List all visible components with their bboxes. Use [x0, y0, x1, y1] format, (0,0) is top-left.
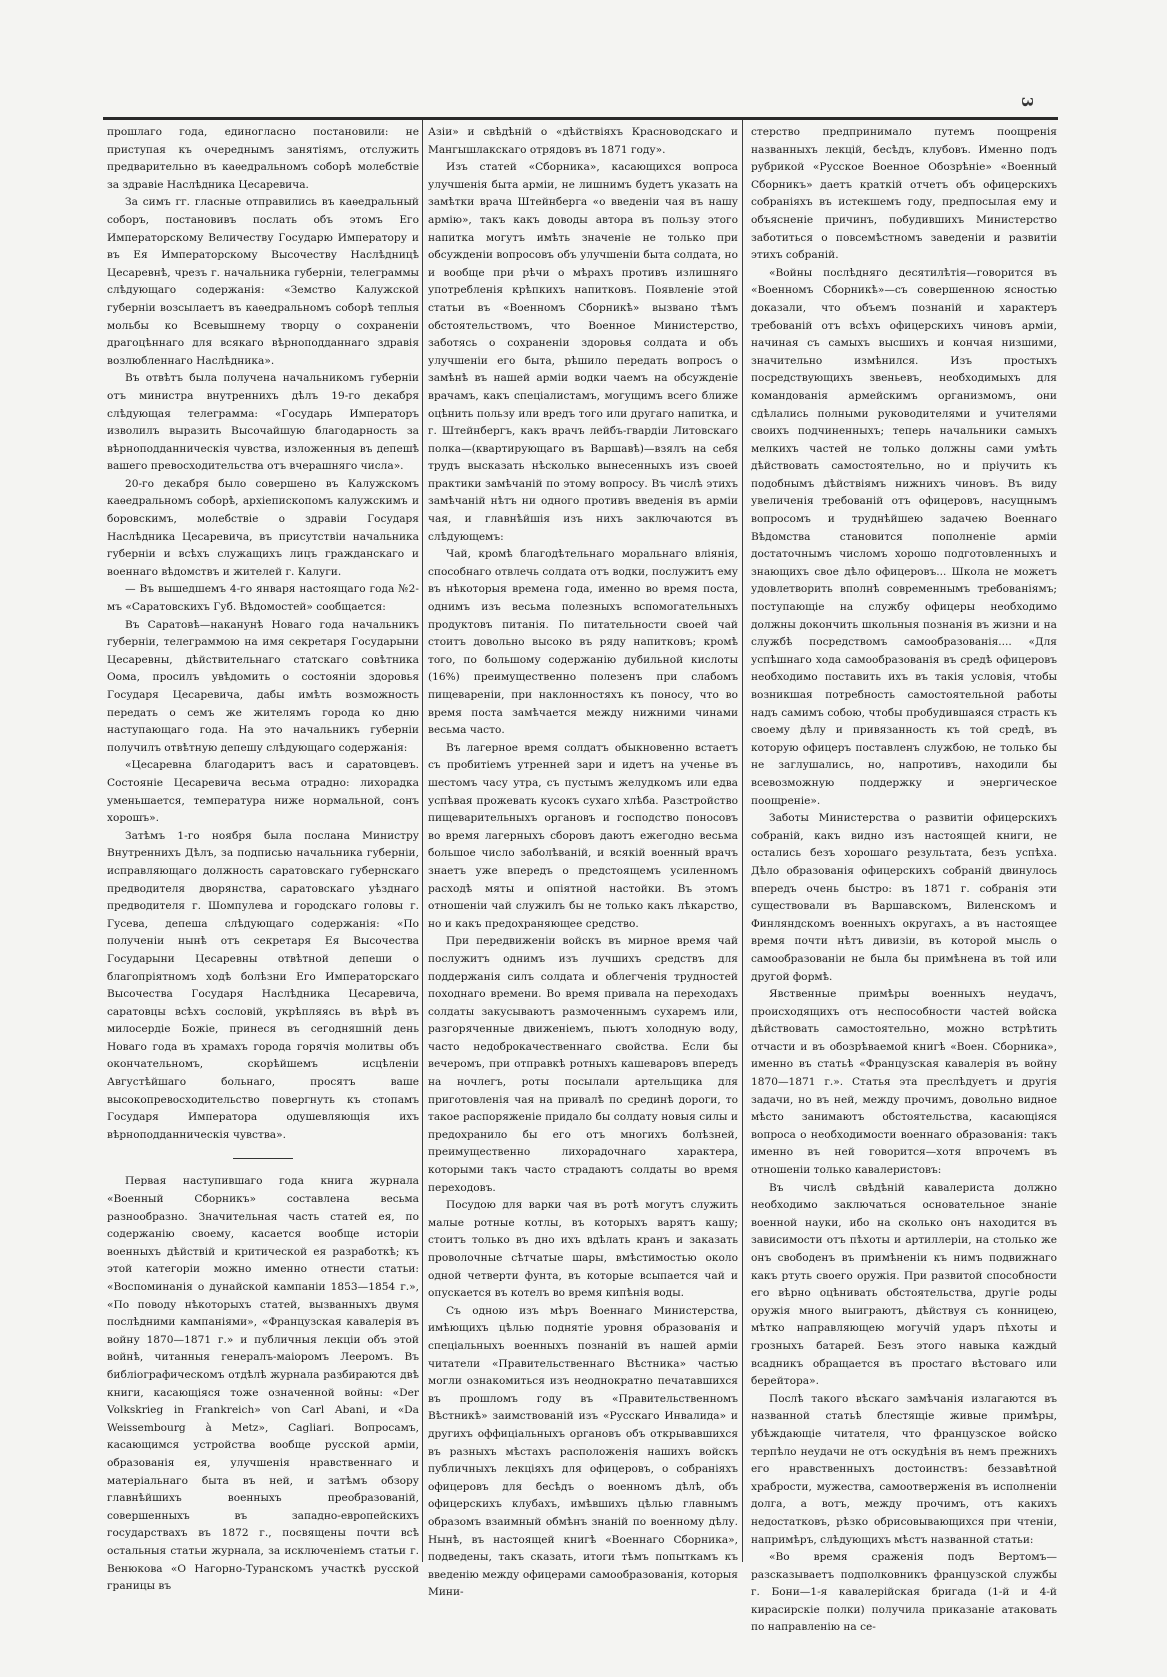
paragraph: Чай, кромѣ благодѣтельнаго моральнаго вл… — [428, 546, 738, 740]
header-rule — [103, 117, 1058, 120]
column-divider — [742, 120, 743, 1562]
paragraph: Заботы Министерства о развитіи офицерски… — [751, 810, 1057, 986]
paragraph: За симъ гг. гласные отправились въ каѳед… — [107, 194, 419, 370]
paragraph: Въ Саратовѣ—наканунѣ Новаго года начальн… — [107, 617, 419, 758]
paragraph: Явственные примѣры военныхъ неудачъ, про… — [751, 986, 1057, 1180]
paragraph: «Цесаревна благодаритъ васъ и саратовцев… — [107, 757, 419, 827]
paragraph: Азіи» и свѣдѣній о «дѣйствіяхъ Красновод… — [428, 124, 738, 159]
paragraph: Въ отвѣтъ была получена начальникомъ губ… — [107, 370, 419, 476]
paragraph: Первая наступившаго года книга журнала «… — [107, 1173, 419, 1595]
paragraph: Послѣ такого вѣскаго замѣчанія излагаютс… — [751, 1391, 1057, 1549]
paragraph: Затѣмъ 1-го ноября была послана Министру… — [107, 828, 419, 1145]
paragraph: — Въ вышедшемъ 4-го января настоящаго го… — [107, 581, 419, 616]
paragraph: «Во время сраженія подъ Вертомъ—разсказы… — [751, 1549, 1057, 1637]
paragraph: «Войны послѣдняго десятилѣтія—говорится … — [751, 265, 1057, 810]
page-number: 3 — [1018, 97, 1036, 107]
paragraph: Изъ статей «Сборника», касающихся вопрос… — [428, 159, 738, 546]
section-separator — [233, 1158, 293, 1159]
paragraph: Съ одною изъ мѣръ Военнаго Министерства,… — [428, 1303, 738, 1602]
paragraph: стерство предпринимало путемъ поощренія … — [751, 124, 1057, 265]
paragraph: При передвиженіи войскъ въ мирное время … — [428, 933, 738, 1197]
column-divider — [422, 120, 423, 1562]
text-column-3: стерство предпринимало путемъ поощренія … — [751, 124, 1057, 1637]
paragraph: прошлаго года, единогласно постановили: … — [107, 124, 419, 194]
text-column-1: прошлаго года, единогласно постановили: … — [107, 124, 419, 1596]
text-column-2: Азіи» и свѣдѣній о «дѣйствіяхъ Красновод… — [428, 124, 738, 1602]
paragraph: Въ лагерное время солдатъ обыкновенно вс… — [428, 740, 738, 934]
paragraph: Посудою для варки чая въ ротѣ могутъ слу… — [428, 1197, 738, 1303]
paragraph: 20-го декабря было совершено въ Калужско… — [107, 476, 419, 582]
paragraph: Въ числѣ свѣдѣній кавалериста должно нео… — [751, 1180, 1057, 1391]
